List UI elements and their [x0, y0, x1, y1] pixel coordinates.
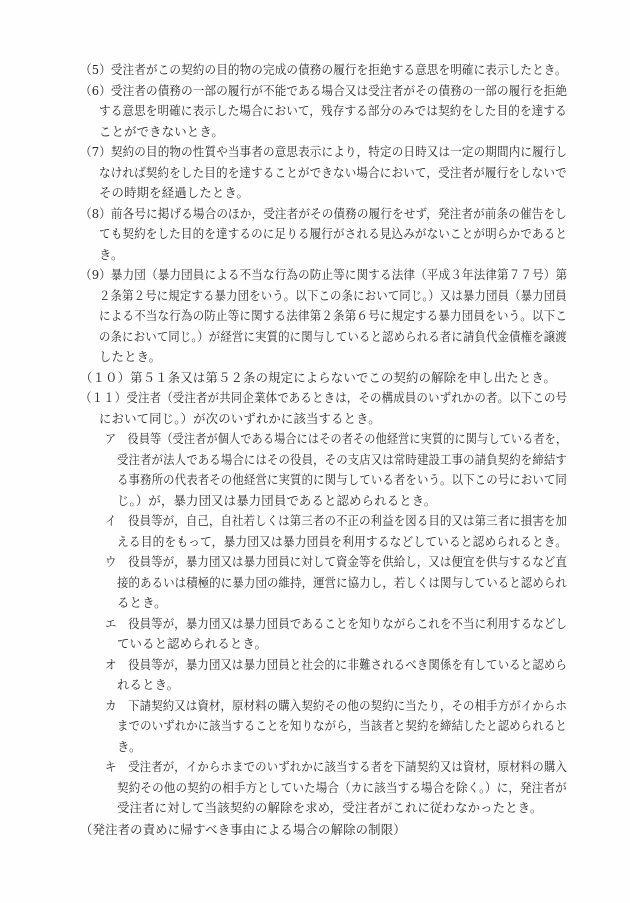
text-line: キ 受注者が，イからホまでのいずれかに該当する者を下請契約又は資材，原材料の購入 — [105, 759, 567, 775]
text-line: （9）暴力団（暴力団員による不当な行為の防止等に関する法律（平成３年法律第７７号… — [80, 267, 567, 283]
text-line: なければ契約をした目的を達することができない場合において，受注者が履行をしないで — [99, 165, 567, 181]
text-line: の条において同じ。）が経営に実質的に関与していると認められる者に請負代金債権を譲… — [99, 329, 567, 345]
text-line: ア 役員等（受注者が個人である場合にはその者その他経営に実質的に関与している者を… — [105, 431, 567, 447]
text-line: ２条第２号に規定する暴力団をいう。以下この条において同じ。）又は暴力団員（暴力団… — [99, 288, 567, 304]
text-line: までのいずれかに該当することを知りながら，当該者と契約を締結したと認められると — [117, 718, 567, 734]
text-line: 接的あるいは積極的に暴力団の維持，運営に協力し，若しくは関与していると認められ — [117, 575, 567, 591]
text-line: ことができないとき。 — [99, 124, 224, 140]
text-line: える目的をもって，暴力団又は暴力団員を利用するなどしていると認められるとき。 — [117, 534, 567, 550]
text-line: （8）前各号に掲げる場合のほか，受注者がその債務の履行をせず，発注者が前条の催告… — [80, 206, 567, 222]
text-line: 受注者に対して当該契約の解除を求め，受注者がこれに従わなかったとき。 — [117, 800, 542, 816]
text-line: ていると認められるとき。 — [117, 636, 267, 652]
text-line: き。 — [99, 247, 124, 263]
text-line: （5）受注者がこの契約の目的物の完成の債務の履行を拒絶する意思を明確に表示したと… — [80, 62, 567, 78]
text-line: イ 役員等が，自己，自社若しくは第三者の不正の利益を図る目的又は第三者に損害を加 — [105, 513, 567, 529]
text-line: （7）契約の目的物の性質や当事者の意思表示により，特定の日時又は一定の期間内に履… — [80, 144, 567, 160]
text-line: 受注者が法人である場合にはその役員，その支店又は常時建設工事の請負契約を締結す — [117, 452, 567, 468]
text-line: ウ 役員等が，暴力団又は暴力団員に対して資金等を供給し，又は便宜を供与するなど直 — [105, 554, 567, 570]
document-page: （5）受注者がこの契約の目的物の完成の債務の履行を拒絶する意思を明確に表示したと… — [0, 0, 630, 903]
text-line: 契約その他の契約の相手方としていた場合（カに該当する場合を除く。）に，発注者が — [117, 780, 567, 796]
text-line: るとき。 — [117, 595, 167, 611]
section-heading: （発注者の責めに帰すべき事由による場合の解除の制限） — [80, 822, 406, 838]
text-line: れるとき。 — [117, 677, 179, 693]
text-line: （6）受注者の債務の一部の履行が不能である場合又は受注者がその債務の一部の履行を… — [80, 83, 567, 99]
text-line: じ。）が，暴力団又は暴力団員であると認められるとき。 — [117, 493, 436, 509]
text-line: において同じ。）が次のいずれかに該当するとき。 — [99, 411, 381, 427]
text-line: したとき。 — [99, 349, 161, 365]
text-line: カ 下請契約又は資材，原材料の購入契約その他の契約に当たり，その相手方がイからホ — [105, 698, 567, 714]
text-line: き。 — [117, 739, 142, 755]
text-line: する意思を明確に表示した場合において，残存する部分のみでは契約をした目的を達する — [99, 103, 567, 119]
text-line: オ 役員等が，暴力団又は暴力団員と社会的に非難されるべき関係を有していると認めら — [105, 657, 567, 673]
text-line: （１０）第５１条又は第５２条の規定によらないでこの契約の解除を申し出たとき。 — [80, 370, 556, 386]
text-line: による不当な行為の防止等に関する法律第２条第６号に規定する暴力団員をいう。以下こ — [99, 308, 567, 324]
text-line: エ 役員等が，暴力団又は暴力団員であることを知りながらこれを不当に利用するなどし — [105, 616, 567, 632]
text-line: その時期を経過したとき。 — [99, 185, 249, 201]
text-line: （１１）受注者（受注者が共同企業体であるときは，その構成員のいずれかの者。以下こ… — [80, 390, 567, 406]
text-line: る事務所の代表者その他経営に実質的に関与している者をいう。以下この号において同 — [117, 472, 567, 488]
text-line: ても契約をした目的を達するのに足りる履行がされる見込みがないことが明らかであると — [99, 226, 567, 242]
